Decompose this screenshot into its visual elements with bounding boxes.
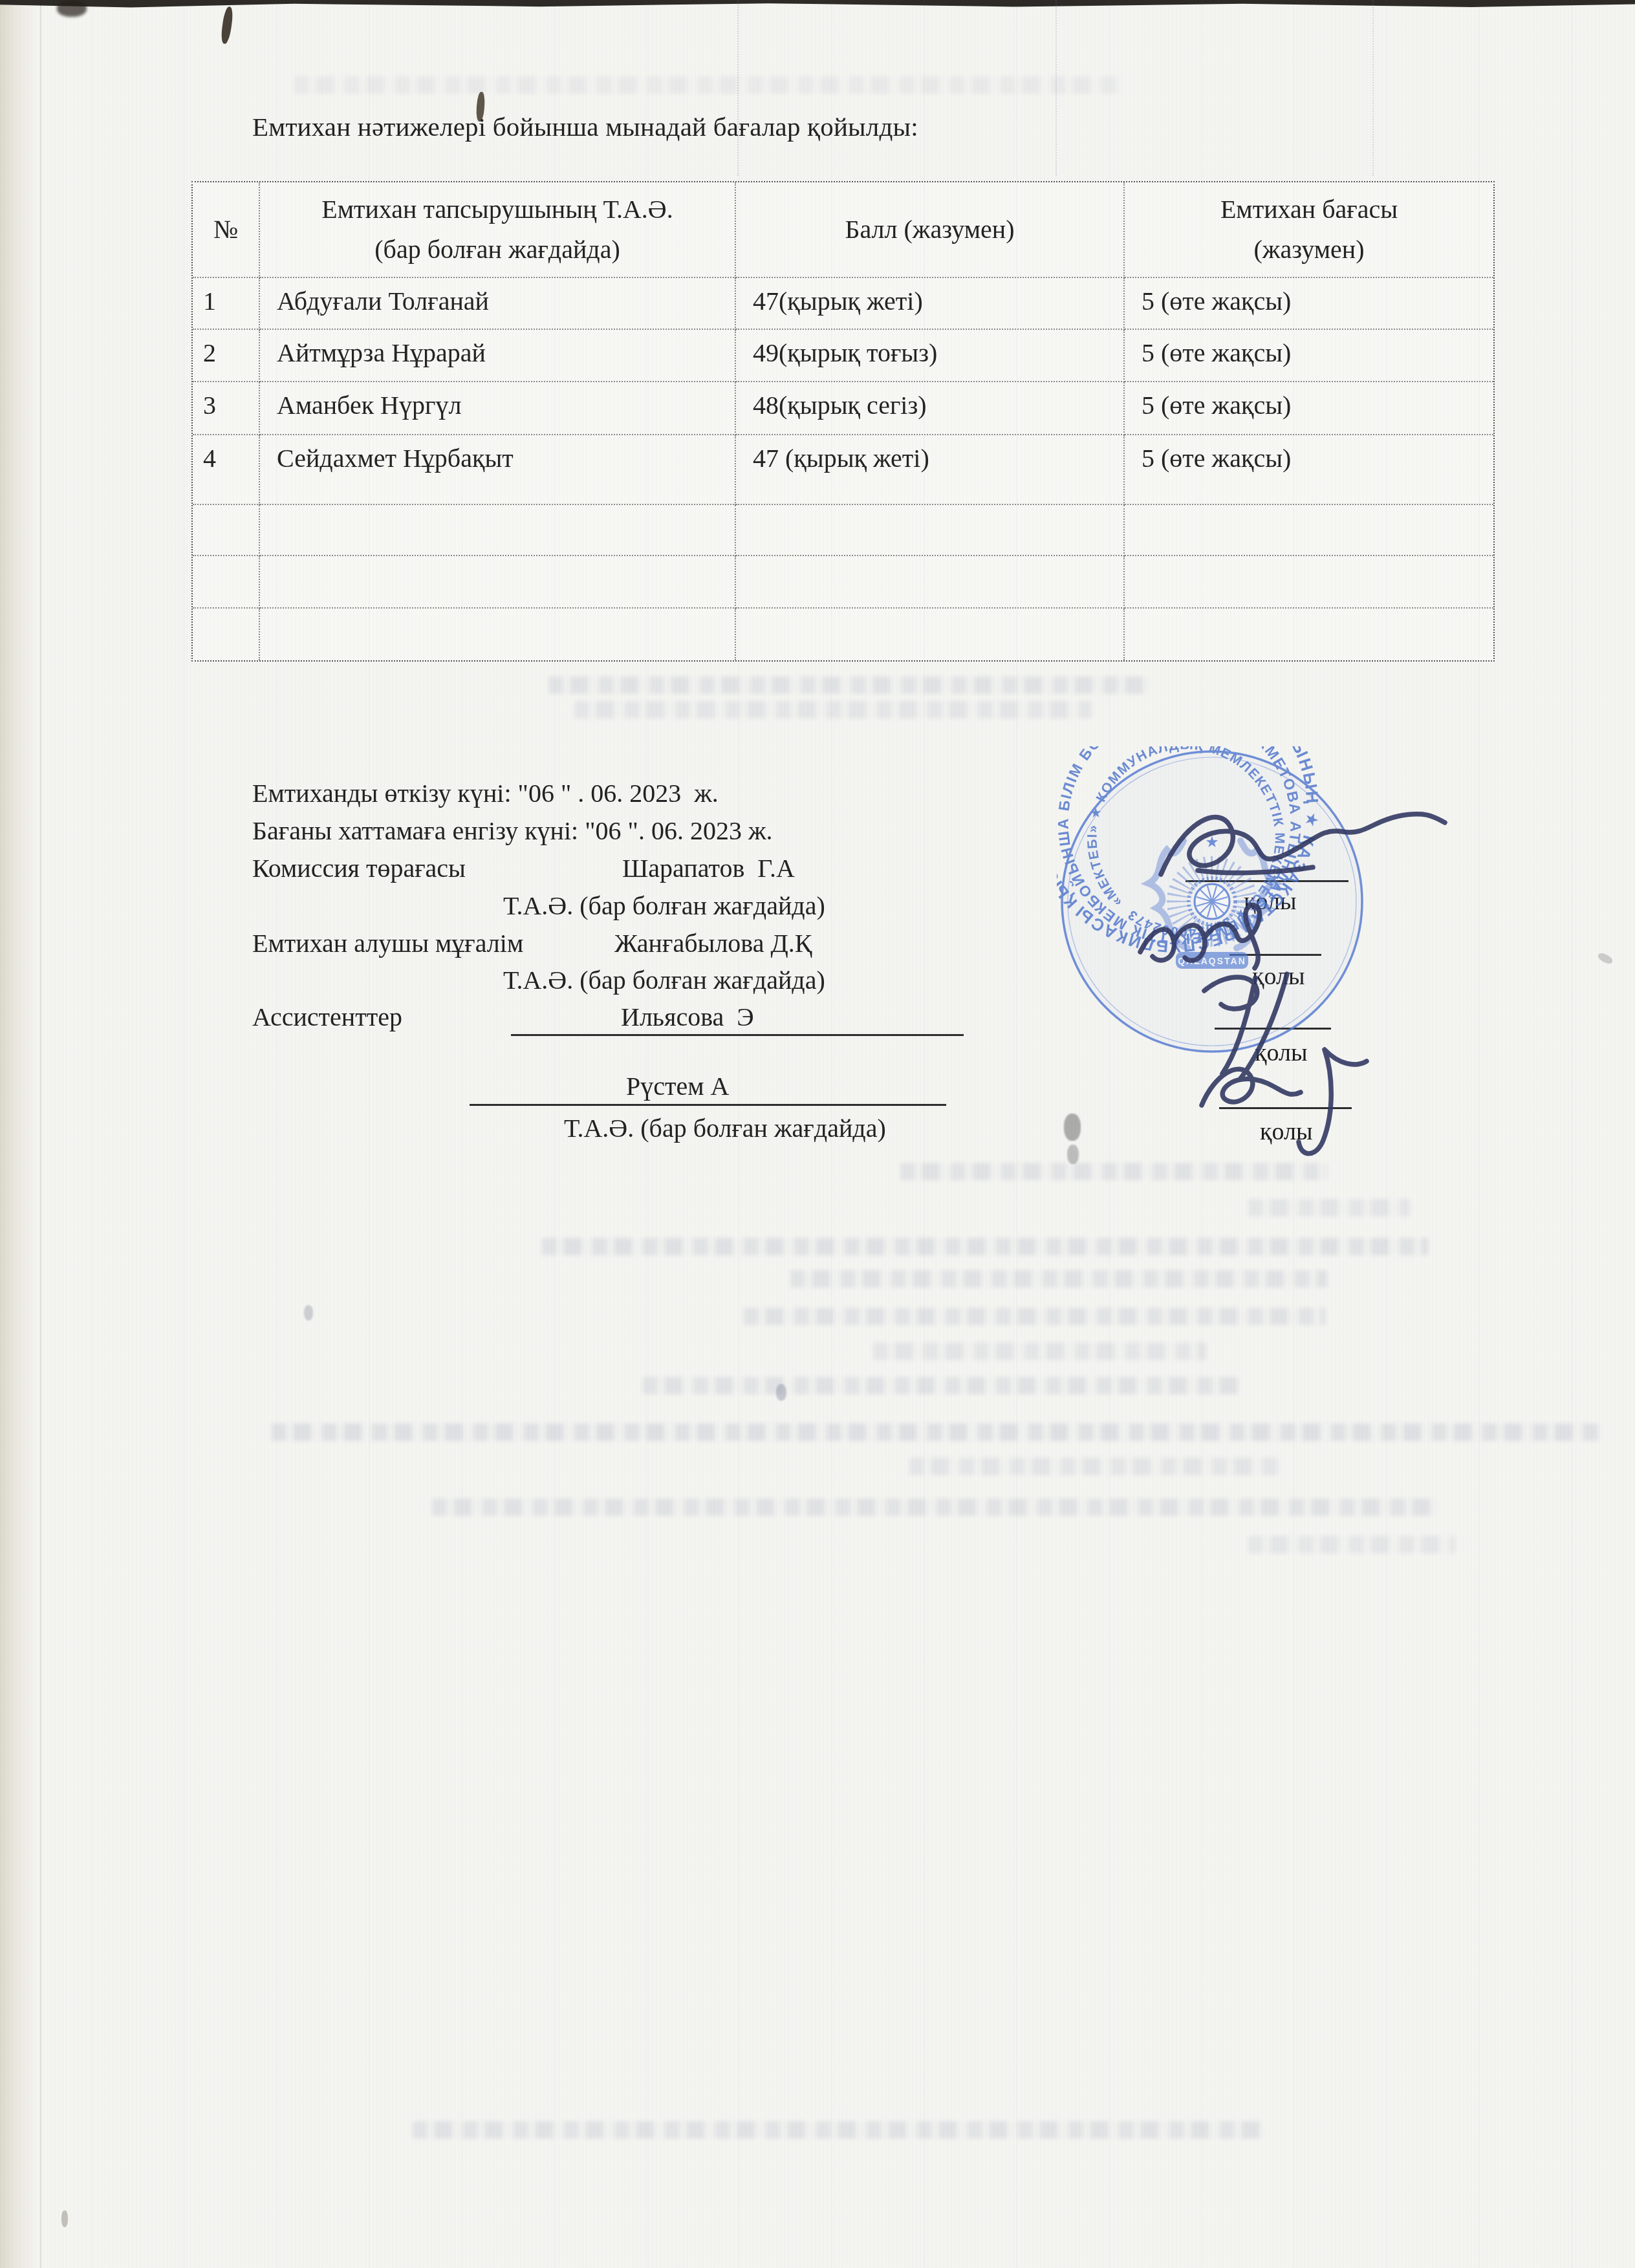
gray-smudge: [1067, 1145, 1079, 1164]
bleed-through-line: [909, 1458, 1281, 1475]
record-date-line: Бағаны хаттамаға енгізу күні: "06 ". 06.…: [252, 815, 773, 847]
bleed-through-line: [413, 2121, 1263, 2139]
paper-fold-line: [40, 0, 41, 2268]
empty-cell: [736, 609, 1125, 660]
bleed-through-line: [548, 676, 1150, 694]
row-grade: 5 (өте жақсы): [1125, 435, 1493, 505]
scan-top-edge: [0, 0, 1635, 8]
fio-note: Т.А.Ә. (бар болған жағдайда): [564, 1113, 886, 1144]
row-name: Абдуғали Толғанай: [260, 278, 736, 330]
row-score: 49(қырық тоғыз): [736, 330, 1125, 382]
empty-cell: [260, 556, 736, 609]
emblem-star-icon: ★: [1205, 834, 1219, 851]
row-num: 2: [193, 330, 260, 382]
gray-smudge: [1597, 951, 1614, 966]
col-header-num: №: [193, 182, 260, 278]
col-header-name: Емтихан тапсырушының Т.А.Ә. (бар болған …: [260, 182, 736, 278]
row-name: Сейдахмет Нұрбақыт: [260, 435, 736, 505]
bleed-through-line: [873, 1343, 1206, 1360]
fio-note: Т.А.Ә. (бар болған жағдайда): [503, 965, 825, 996]
chairman-name: Шарапатов Г.А: [622, 853, 795, 884]
bleed-through-line: [272, 1423, 1601, 1441]
assistant1-name: Ильясова Э: [621, 1002, 754, 1033]
bleed-through-line: [542, 1238, 1428, 1255]
row-name: Айтмұрза Нұрарай: [260, 330, 736, 382]
fio-note: Т.А.Ә. (бар болған жағдайда): [503, 891, 825, 922]
empty-cell: [1125, 505, 1493, 556]
emblem-banner-text: QAZAQSTAN: [1178, 956, 1246, 966]
empty-cell: [193, 556, 260, 609]
row-name: Аманбек Нүргүл: [260, 382, 736, 435]
bleed-through-line: [1248, 1536, 1455, 1553]
assistants-label: Ассистенттер: [252, 1002, 402, 1033]
row-score: 47(қырық жеті): [736, 278, 1125, 330]
row-num: 3: [193, 382, 260, 435]
row-num: 1: [193, 278, 260, 330]
bleed-through-line: [574, 701, 1092, 718]
bleed-through-line: [1248, 1199, 1410, 1216]
bleed-through-line: [744, 1308, 1326, 1325]
bleed-through-line: [900, 1163, 1327, 1180]
bleed-through-line: [643, 1377, 1241, 1394]
ink-speck: [57, 0, 87, 17]
empty-cell: [736, 505, 1125, 556]
gray-smudge: [61, 2210, 68, 2227]
row-grade: 5 (өте жақсы): [1125, 382, 1493, 435]
assistant2-name: Рүстем А: [626, 1071, 729, 1102]
row-score: 48(қырық сегіз): [736, 382, 1125, 435]
row-grade: 5 (өте жақсы): [1125, 278, 1493, 330]
signature-label: қолы: [1260, 1118, 1312, 1146]
bleed-through-line: [432, 1498, 1438, 1516]
empty-cell: [193, 505, 260, 556]
chairman-label: Комиссия төрағасы: [252, 853, 466, 884]
scanned-exam-protocol-page: Емтихан нәтижелері бойынша мынадай бағал…: [0, 0, 1635, 2268]
row-grade: 5 (өте жақсы): [1125, 330, 1493, 382]
signature-line: [511, 1034, 964, 1036]
row-num: 4: [193, 435, 260, 505]
ink-speck: [220, 6, 234, 44]
empty-cell: [193, 609, 260, 660]
page-title: Емтихан нәтижелері бойынша мынадай бағал…: [252, 111, 918, 143]
examiner-name: Жанғабылова Д.Қ: [614, 928, 812, 959]
row-score: 47 (қырық жеті): [736, 435, 1125, 505]
col-header-score: Балл (жазумен): [736, 182, 1125, 278]
signature-line: [470, 1104, 946, 1106]
empty-cell: [1125, 609, 1493, 660]
bleed-through-line: [790, 1270, 1327, 1288]
gray-smudge: [1064, 1114, 1081, 1141]
examiner-label: Емтихан алушы мұғалім: [252, 928, 523, 959]
scan-left-edge-shadow: [0, 0, 38, 2268]
empty-cell: [260, 505, 736, 556]
official-round-stamp: ҚЫЗЫЛОРДА ОБЛЫСЫНЫҢ БІЛІМ БАСҚАРМАСЫНЫҢ …: [1057, 746, 1367, 1057]
col-header-grade: Емтихан бағасы (жазумен): [1125, 182, 1493, 278]
bleed-through-rule: [1372, 0, 1374, 176]
empty-cell: [736, 556, 1125, 609]
bleed-through-line: [294, 76, 1122, 94]
exam-results-table: № Емтихан тапсырушының Т.А.Ә. (бар болға…: [191, 181, 1495, 662]
empty-cell: [260, 609, 736, 660]
exam-date-line: Емтиханды өткізу күні: "06 " . 06. 2023 …: [252, 778, 719, 809]
signature-line: [1219, 1107, 1352, 1109]
empty-cell: [1125, 556, 1493, 609]
gray-smudge: [304, 1305, 313, 1321]
